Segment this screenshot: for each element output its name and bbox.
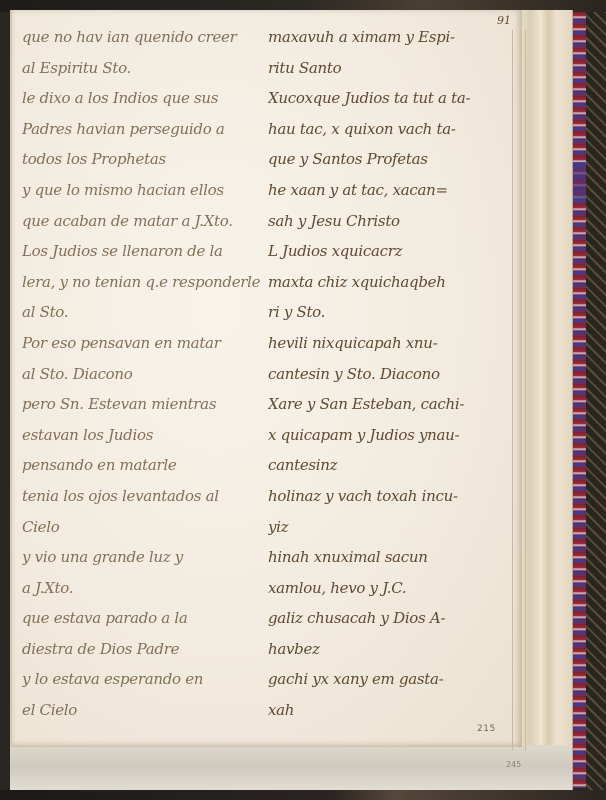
spanish-line: pensando en matarle xyxy=(22,450,267,481)
pencil-folio-number: 215 xyxy=(477,724,496,734)
kiche-line: que y Santos Profetas xyxy=(268,144,508,175)
kiche-line: Xucoxque Judios ta tut a ta- xyxy=(268,83,508,114)
marbled-endpaper-edge xyxy=(572,12,586,788)
kiche-line: x quicapam y Judios ynau- xyxy=(268,420,508,451)
spanish-line: Padres havian perseguido a xyxy=(22,114,267,145)
kiche-line: maxavuh a ximam y Espi- xyxy=(268,22,508,53)
kiche-line: sah y Jesu Christo xyxy=(268,206,508,237)
kiche-line: he xaan y at tac, xacan= xyxy=(268,175,508,206)
kiche-line: xamlou, hevo y J.C. xyxy=(268,573,508,604)
spanish-line: el Cielo xyxy=(22,695,267,726)
spanish-line: pero Sn. Estevan mientras xyxy=(22,389,267,420)
leather-cover-edge xyxy=(586,12,606,790)
spanish-line: Por eso pensavan en matar xyxy=(22,328,267,359)
spanish-line: que acaban de matar a J.Xto. xyxy=(22,206,267,237)
spanish-line: al Sto. xyxy=(22,297,267,328)
spanish-line: estavan los Judios xyxy=(22,420,267,451)
kiche-column: maxavuh a ximam y Espi- ritu Santo Xucox… xyxy=(268,22,508,726)
spanish-line: tenia los ojos levantados al xyxy=(22,481,267,512)
spanish-line: le dixo a los Indios que sus xyxy=(22,83,267,114)
kiche-line: havbez xyxy=(268,634,508,665)
spanish-line: diestra de Dios Padre xyxy=(22,634,267,665)
kiche-line: yiz xyxy=(268,512,508,543)
kiche-line: cantesinz xyxy=(268,450,508,481)
spanish-line: al Sto. Diacono xyxy=(22,359,267,390)
spanish-column: que no hav ian quenido creer al Espiritu… xyxy=(22,22,267,726)
spanish-line: lera, y no tenian q.e responderle xyxy=(22,267,267,298)
spanish-line: que estava parado a la xyxy=(22,603,267,634)
spanish-line: y vio una grande luz y xyxy=(22,542,267,573)
spanish-line: Los Judios se llenaron de la xyxy=(22,236,267,267)
kiche-line: gachi yx xany em gasta- xyxy=(268,664,508,695)
kiche-line: maxta chiz xquichaqbeh xyxy=(268,267,508,298)
kiche-line: Xare y San Esteban, cachi- xyxy=(268,389,508,420)
mounting-paper-bottom xyxy=(10,745,572,790)
kiche-line: hevili nixquicapah xnu- xyxy=(268,328,508,359)
kiche-line: ritu Santo xyxy=(268,53,508,84)
kiche-line: cantesin y Sto. Diacono xyxy=(268,359,508,390)
mount-number: 245 xyxy=(506,760,521,769)
spanish-line: y que lo mismo hacian ellos xyxy=(22,175,267,206)
kiche-line: L Judios xquicacrz xyxy=(268,236,508,267)
kiche-line: xah xyxy=(268,695,508,726)
kiche-line: galiz chusacah y Dios A- xyxy=(268,603,508,634)
spanish-line: al Espiritu Sto. xyxy=(22,53,267,84)
book-binding-bottom xyxy=(0,790,606,800)
kiche-line: hau tac, x quixon vach ta- xyxy=(268,114,508,145)
spanish-line: todos los Prophetas xyxy=(22,144,267,175)
spanish-line: y lo estava esperando en xyxy=(22,664,267,695)
spanish-line: Cielo xyxy=(22,512,267,543)
spanish-line: que no hav ian quenido creer xyxy=(22,22,267,53)
spanish-line: a J.Xto. xyxy=(22,573,267,604)
kiche-line: hinah xnuximal sacun xyxy=(268,542,508,573)
page-stack-edges xyxy=(520,10,573,790)
kiche-line: ri y Sto. xyxy=(268,297,508,328)
kiche-line: holinaz y vach toxah incu- xyxy=(268,481,508,512)
page-fold-margin xyxy=(512,30,526,750)
